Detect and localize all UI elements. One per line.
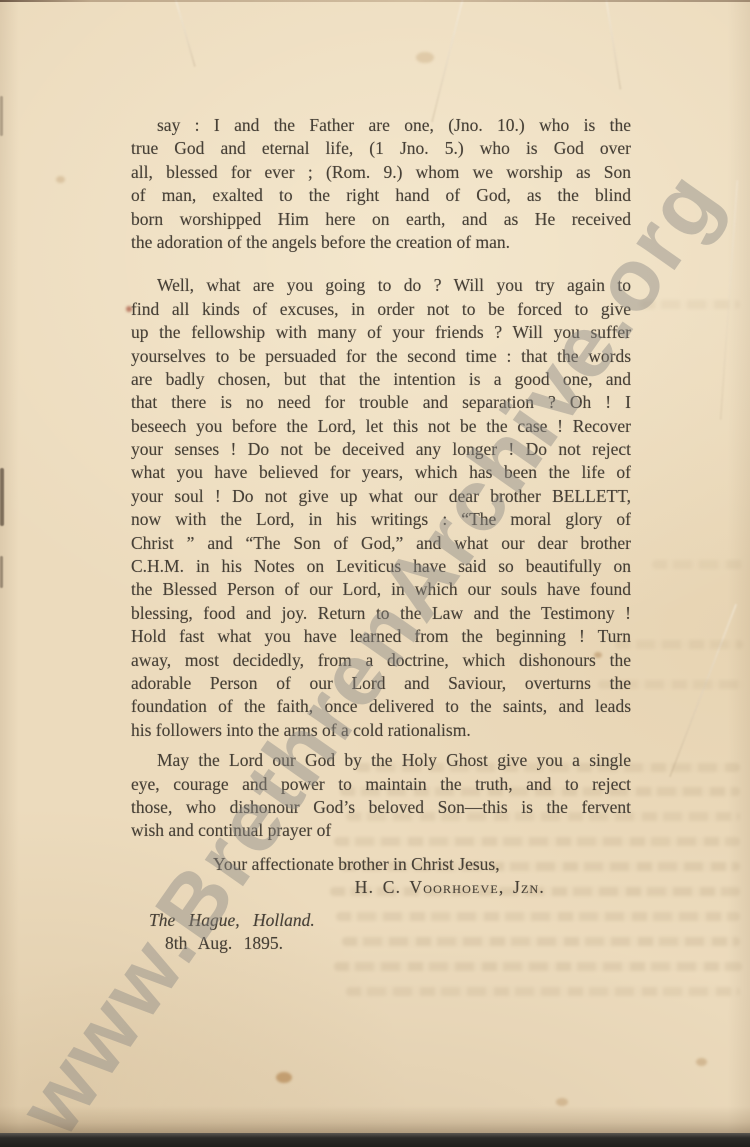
scan-edge-mark bbox=[0, 96, 3, 136]
bleedthrough-text bbox=[346, 987, 740, 996]
scan-edge-bottom bbox=[0, 1133, 750, 1147]
text-line: say : I and the Father are one, (Jno. 10… bbox=[131, 114, 631, 137]
bleedthrough-text bbox=[615, 640, 743, 649]
scan-edge-mark bbox=[0, 468, 4, 526]
text-line: now with the Lord, in his writings : “Th… bbox=[131, 508, 631, 531]
paper-crease bbox=[431, 0, 465, 122]
foxing-spot bbox=[276, 1072, 292, 1083]
foxing-spot bbox=[556, 1098, 568, 1106]
scan-edge-mark bbox=[0, 556, 3, 588]
paragraph-1: say : I and the Father are one, (Jno. 10… bbox=[131, 114, 631, 254]
text-line: May the Lord our God by the Holy Ghost g… bbox=[131, 749, 631, 772]
foxing-spot bbox=[416, 52, 434, 63]
bleedthrough-text bbox=[334, 962, 742, 971]
foxing-spot bbox=[696, 1058, 707, 1066]
text-line: of man, exalted to the right hand of God… bbox=[131, 184, 631, 207]
scanned-page: say : I and the Father are one, (Jno. 10… bbox=[0, 0, 750, 1147]
foxing-spot bbox=[56, 176, 65, 183]
text-line: born worshipped Him here on earth, and a… bbox=[131, 208, 631, 231]
paper-crease bbox=[174, 0, 196, 67]
text-line: your soul ! Do not give up what our dear… bbox=[131, 485, 631, 508]
text-line: true God and eternal life, (1 Jno. 5.) w… bbox=[131, 137, 631, 160]
paper-crease bbox=[669, 604, 737, 777]
text-line: the adoration of the angels before the c… bbox=[131, 231, 631, 254]
scan-edge-shadow bbox=[0, 1106, 750, 1133]
text-line: all, blessed for ever ; (Rom. 9.) whom w… bbox=[131, 161, 631, 184]
text-line: Well, what are you going to do ? Will yo… bbox=[131, 274, 631, 297]
paper-crease bbox=[605, 0, 622, 90]
text-line: eye, courage and power to maintain the t… bbox=[131, 773, 631, 796]
scan-edge-top bbox=[0, 0, 750, 2]
bleedthrough-text bbox=[652, 560, 744, 569]
